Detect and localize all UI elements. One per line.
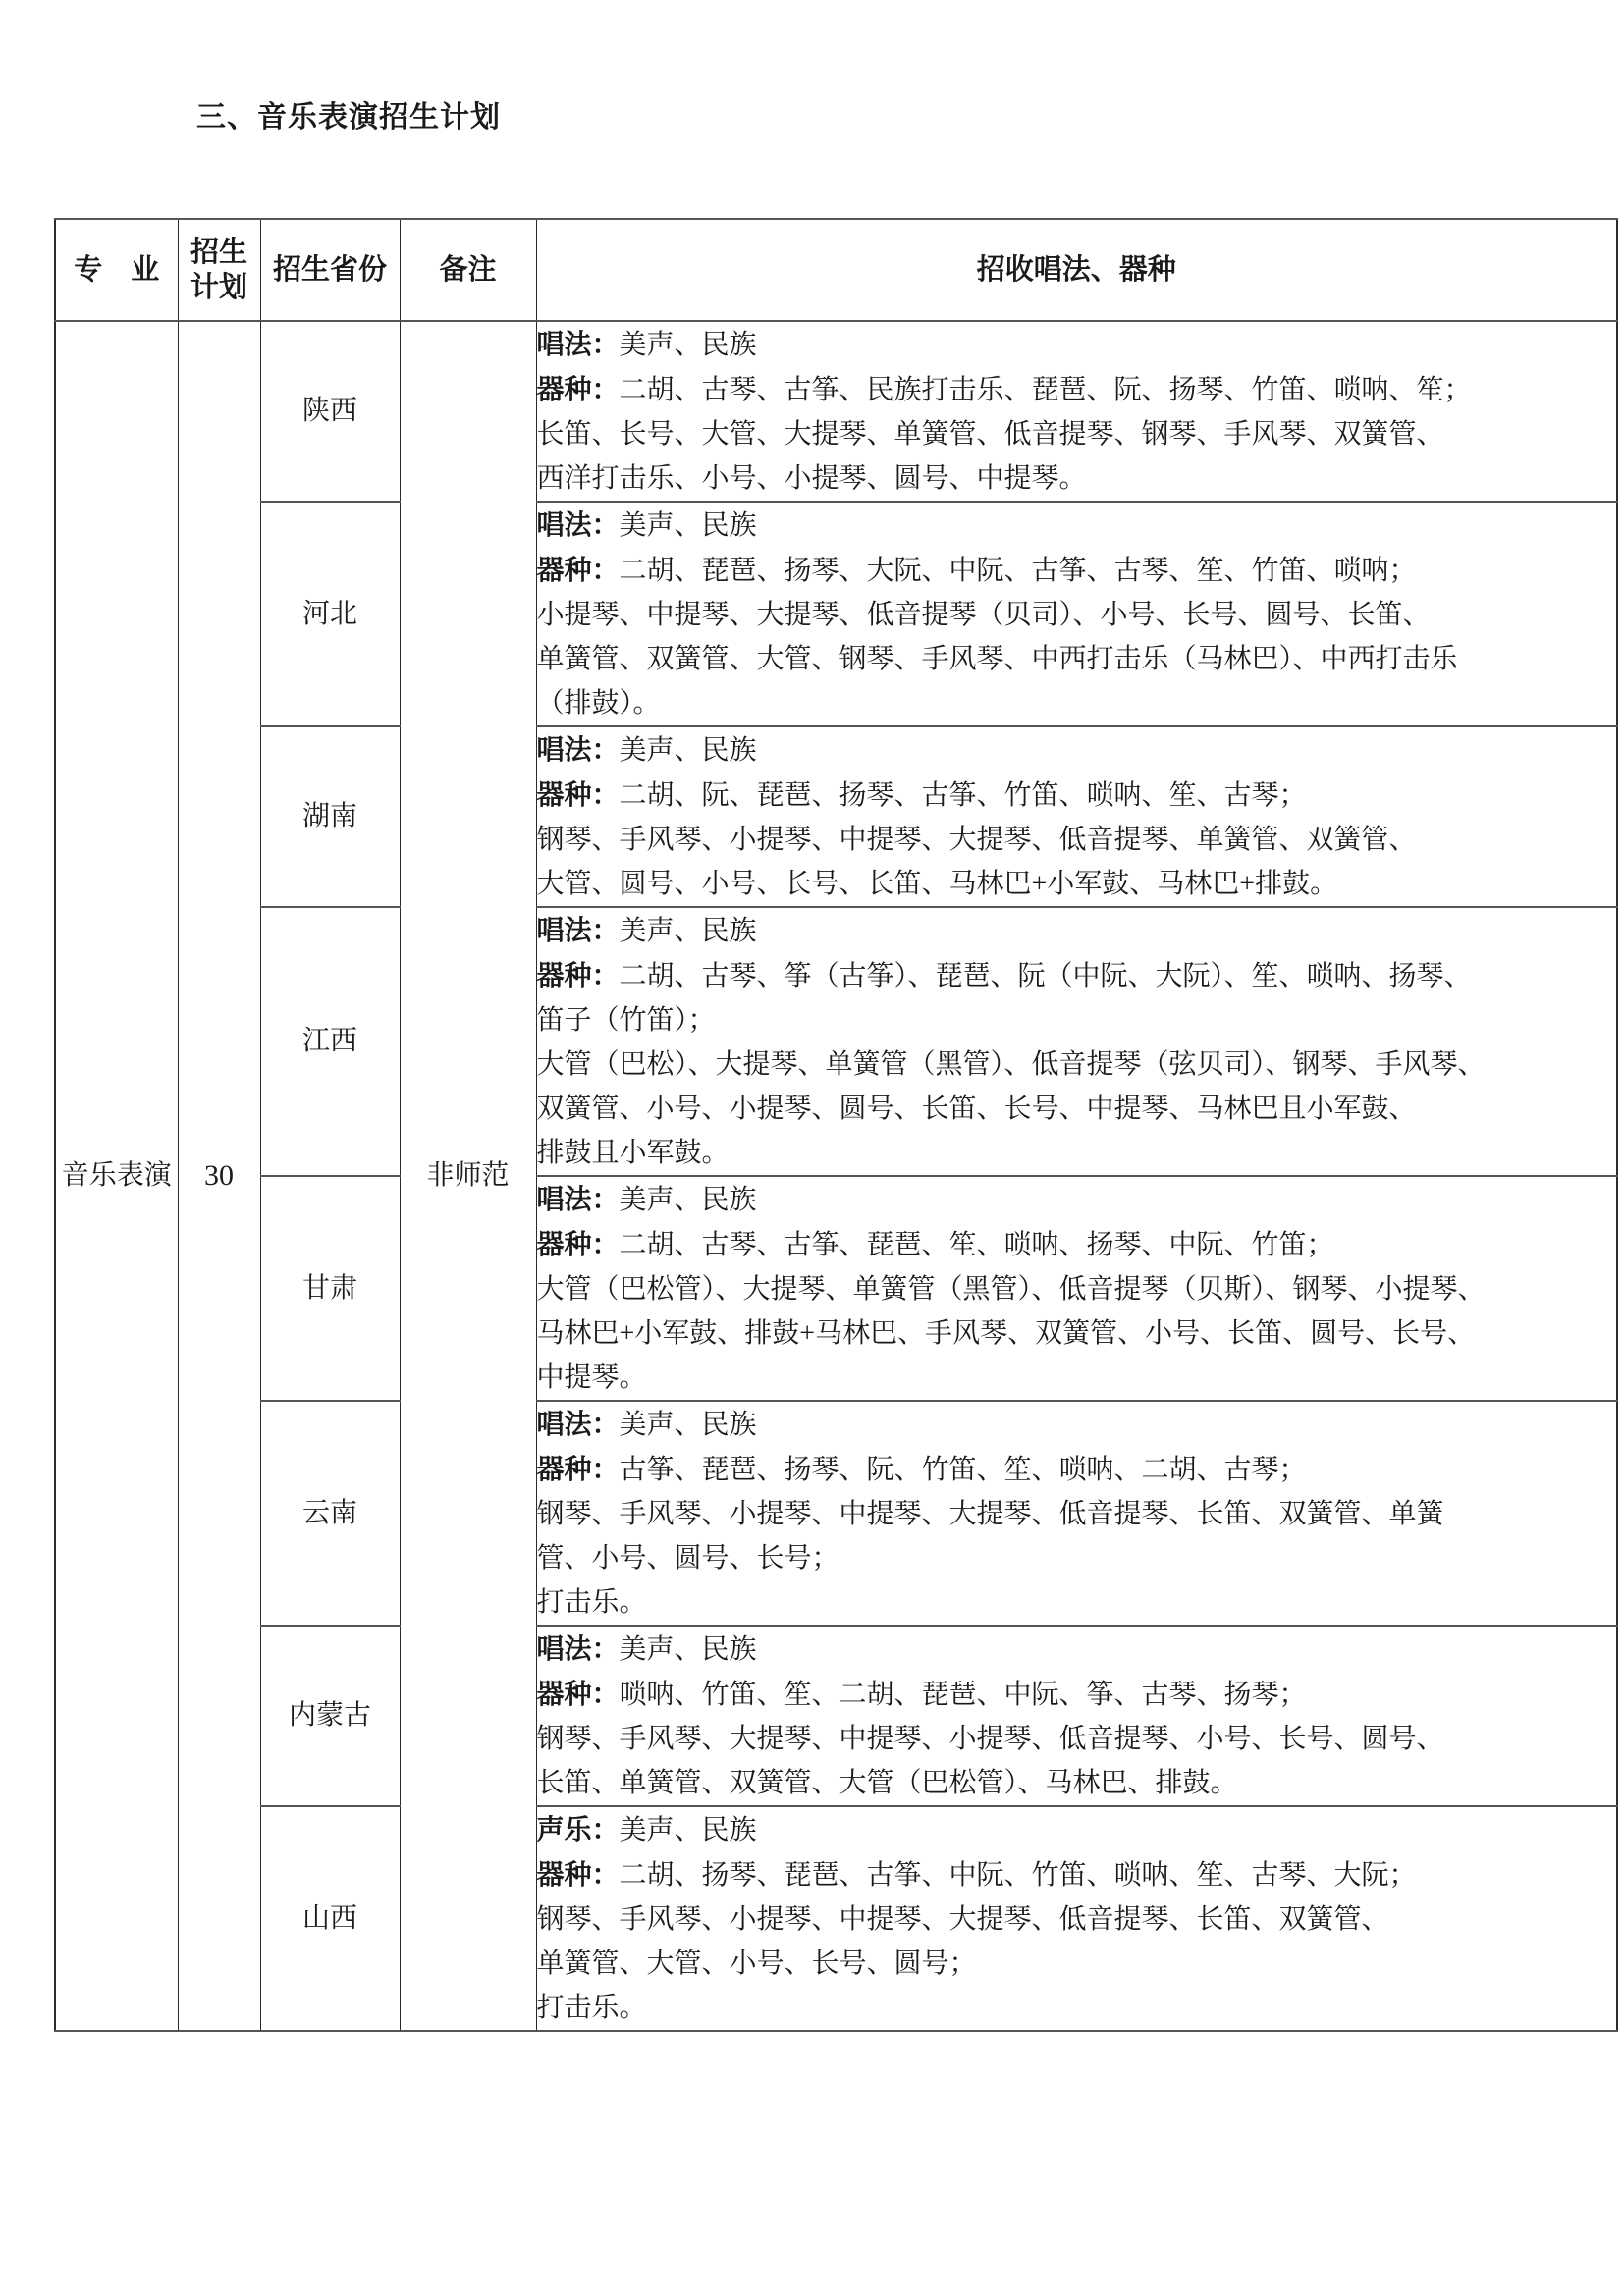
line-text: 大管、圆号、小号、长号、长笛、马林巴+小军鼓、马林巴+排鼓。 bbox=[537, 869, 1338, 899]
province-cell: 湖南 bbox=[260, 726, 400, 907]
content-line: 西洋打击乐、小号、小提琴、圆号、中提琴。 bbox=[537, 456, 1617, 501]
line-label: 器种： bbox=[537, 960, 620, 990]
content-line: 单簧管、双簧管、大管、钢琴、手风琴、中西打击乐（马林巴）、中西打击乐 bbox=[537, 637, 1617, 681]
content-line: 单簧管、大管、小号、长号、圆号； bbox=[537, 1942, 1617, 1986]
plan-cell: 30 bbox=[178, 321, 260, 2031]
remark-cell: 非师范 bbox=[400, 321, 536, 2031]
line-label: 唱法： bbox=[537, 915, 620, 945]
line-text: 美声、民族 bbox=[620, 1634, 757, 1665]
line-label: 器种： bbox=[537, 779, 620, 810]
header-major: 专 业 bbox=[55, 219, 178, 321]
content-line: 钢琴、手风琴、小提琴、中提琴、大提琴、低音提琴、单簧管、双簧管、 bbox=[537, 818, 1617, 862]
line-text: 笛子（竹笛）； bbox=[537, 1005, 716, 1036]
content-line: 大管（巴松管）、大提琴、单簧管（黑管）、低音提琴（贝斯）、钢琴、小提琴、 bbox=[537, 1267, 1617, 1311]
province-cell: 云南 bbox=[260, 1401, 400, 1626]
content-line: 大管、圆号、小号、长号、长笛、马林巴+小军鼓、马林巴+排鼓。 bbox=[537, 862, 1617, 906]
line-text: （排鼓）。 bbox=[537, 688, 661, 719]
line-text: 大管（巴松）、大提琴、单簧管（黑管）、低音提琴（弦贝司）、钢琴、手风琴、 bbox=[537, 1049, 1486, 1080]
content-line: 唱法：美声、民族 bbox=[537, 908, 1617, 953]
table-row: 甘肃唱法：美声、民族器种：二胡、古琴、古筝、琵琶、笙、唢呐、扬琴、中阮、竹笛；大… bbox=[55, 1176, 1617, 1401]
line-label: 器种： bbox=[537, 1454, 620, 1484]
line-label: 唱法： bbox=[537, 734, 620, 765]
province-cell: 河北 bbox=[260, 502, 400, 726]
line-label: 唱法： bbox=[537, 1409, 620, 1439]
province-cell: 山西 bbox=[260, 1806, 400, 2031]
document-page: 三、音乐表演招生计划 专 业 招生计划 招生省份 备注 招收唱法、器种 音乐表演… bbox=[0, 0, 1624, 2296]
table-row: 内蒙古唱法：美声、民族器种：唢呐、竹笛、笙、二胡、琵琶、中阮、筝、古琴、扬琴；钢… bbox=[55, 1626, 1617, 1806]
content-line: 打击乐。 bbox=[537, 1986, 1617, 2030]
line-label: 器种： bbox=[537, 1229, 620, 1259]
line-label: 器种： bbox=[537, 1859, 620, 1890]
content-line: 笛子（竹笛）； bbox=[537, 998, 1617, 1042]
line-text: 古筝、琵琶、扬琴、阮、竹笛、笙、唢呐、二胡、古琴； bbox=[620, 1455, 1307, 1485]
line-text: 打击乐。 bbox=[537, 1587, 647, 1618]
content-cell: 唱法：美声、民族器种：唢呐、竹笛、笙、二胡、琵琶、中阮、筝、古琴、扬琴；钢琴、手… bbox=[536, 1626, 1617, 1806]
header-row: 专 业 招生计划 招生省份 备注 招收唱法、器种 bbox=[55, 219, 1617, 321]
line-text: 二胡、古琴、古筝、琵琶、笙、唢呐、扬琴、中阮、竹笛； bbox=[620, 1230, 1334, 1260]
major-cell: 音乐表演 bbox=[55, 321, 178, 2031]
content-line: 唱法：美声、民族 bbox=[537, 1402, 1617, 1447]
line-text: 西洋打击乐、小号、小提琴、圆号、中提琴。 bbox=[537, 463, 1087, 494]
content-cell: 唱法：美声、民族器种：二胡、古琴、古筝、琵琶、笙、唢呐、扬琴、中阮、竹笛；大管（… bbox=[536, 1176, 1617, 1401]
content-line: 中提琴。 bbox=[537, 1356, 1617, 1400]
line-text: 中提琴。 bbox=[537, 1362, 647, 1393]
content-cell: 唱法：美声、民族器种：二胡、古琴、古筝、民族打击乐、琵琶、阮、扬琴、竹笛、唢呐、… bbox=[536, 321, 1617, 502]
province-cell: 甘肃 bbox=[260, 1176, 400, 1401]
content-line: 声乐：美声、民族 bbox=[537, 1807, 1617, 1852]
content-line: 唱法：美声、民族 bbox=[537, 1627, 1617, 1672]
content-line: 器种：二胡、古琴、筝（古筝）、琵琶、阮（中阮、大阮）、笙、唢呐、扬琴、 bbox=[537, 953, 1617, 998]
content-cell: 唱法：美声、民族器种：二胡、阮、琵琶、扬琴、古筝、竹笛、唢呐、笙、古琴；钢琴、手… bbox=[536, 726, 1617, 907]
line-text: 打击乐。 bbox=[537, 1993, 647, 2023]
content-line: 唱法：美声、民族 bbox=[537, 322, 1617, 367]
content-line: 钢琴、手风琴、小提琴、中提琴、大提琴、低音提琴、长笛、双簧管、 bbox=[537, 1897, 1617, 1942]
line-text: 二胡、阮、琵琶、扬琴、古筝、竹笛、唢呐、笙、古琴； bbox=[620, 780, 1307, 811]
line-label: 唱法： bbox=[537, 329, 620, 359]
line-label: 器种： bbox=[537, 374, 620, 404]
line-text: 钢琴、手风琴、大提琴、中提琴、小提琴、低音提琴、小号、长号、圆号、 bbox=[537, 1724, 1444, 1754]
content-line: 马林巴+小军鼓、排鼓+马林巴、手风琴、双簧管、小号、长笛、圆号、长号、 bbox=[537, 1311, 1617, 1356]
line-label: 器种： bbox=[537, 1679, 620, 1709]
table-row: 音乐表演30陕西非师范唱法：美声、民族器种：二胡、古琴、古筝、民族打击乐、琵琶、… bbox=[55, 321, 1617, 502]
line-text: 美声、民族 bbox=[620, 330, 757, 360]
content-line: 长笛、单簧管、双簧管、大管（巴松管）、马林巴、排鼓。 bbox=[537, 1761, 1617, 1805]
content-line: 器种：唢呐、竹笛、笙、二胡、琵琶、中阮、筝、古琴、扬琴； bbox=[537, 1672, 1617, 1717]
content-line: 唱法：美声、民族 bbox=[537, 727, 1617, 773]
line-label: 唱法： bbox=[537, 1184, 620, 1214]
content-line: 长笛、长号、大管、大提琴、单簧管、低音提琴、钢琴、手风琴、双簧管、 bbox=[537, 412, 1617, 456]
line-text: 美声、民族 bbox=[620, 1815, 757, 1845]
line-label: 唱法： bbox=[537, 1633, 620, 1664]
line-text: 美声、民族 bbox=[620, 510, 757, 541]
table-row: 湖南唱法：美声、民族器种：二胡、阮、琵琶、扬琴、古筝、竹笛、唢呐、笙、古琴；钢琴… bbox=[55, 726, 1617, 907]
content-line: 大管（巴松）、大提琴、单簧管（黑管）、低音提琴（弦贝司）、钢琴、手风琴、 bbox=[537, 1042, 1617, 1087]
line-text: 唢呐、竹笛、笙、二胡、琵琶、中阮、筝、古琴、扬琴； bbox=[620, 1680, 1307, 1710]
content-line: 唱法：美声、民族 bbox=[537, 1177, 1617, 1222]
content-line: （排鼓）。 bbox=[537, 681, 1617, 725]
line-text: 小提琴、中提琴、大提琴、低音提琴（贝司）、小号、长号、圆号、长笛、 bbox=[537, 600, 1431, 630]
content-line: 双簧管、小号、小提琴、圆号、长笛、长号、中提琴、马林巴且小军鼓、 bbox=[537, 1087, 1617, 1131]
content-cell: 声乐：美声、民族器种：二胡、扬琴、琵琶、古筝、中阮、竹笛、唢呐、笙、古琴、大阮；… bbox=[536, 1806, 1617, 2031]
line-text: 排鼓且小军鼓。 bbox=[537, 1138, 730, 1168]
line-text: 美声、民族 bbox=[620, 916, 757, 946]
table-row: 山西声乐：美声、民族器种：二胡、扬琴、琵琶、古筝、中阮、竹笛、唢呐、笙、古琴、大… bbox=[55, 1806, 1617, 2031]
line-text: 二胡、琵琶、扬琴、大阮、中阮、古筝、古琴、笙、竹笛、唢呐； bbox=[620, 556, 1417, 586]
header-remark: 备注 bbox=[400, 219, 536, 321]
line-text: 钢琴、手风琴、小提琴、中提琴、大提琴、低音提琴、单簧管、双簧管、 bbox=[537, 825, 1417, 855]
content-cell: 唱法：美声、民族器种：古筝、琵琶、扬琴、阮、竹笛、笙、唢呐、二胡、古琴；钢琴、手… bbox=[536, 1401, 1617, 1626]
table-row: 云南唱法：美声、民族器种：古筝、琵琶、扬琴、阮、竹笛、笙、唢呐、二胡、古琴；钢琴… bbox=[55, 1401, 1617, 1626]
line-text: 二胡、扬琴、琵琶、古筝、中阮、竹笛、唢呐、笙、古琴、大阮； bbox=[620, 1860, 1417, 1891]
content-line: 器种：二胡、阮、琵琶、扬琴、古筝、竹笛、唢呐、笙、古琴； bbox=[537, 773, 1617, 818]
line-text: 管、小号、圆号、长号； bbox=[537, 1543, 839, 1574]
line-text: 长笛、长号、大管、大提琴、单簧管、低音提琴、钢琴、手风琴、双簧管、 bbox=[537, 419, 1444, 450]
header-province: 招生省份 bbox=[260, 219, 400, 321]
content-line: 器种：二胡、琵琶、扬琴、大阮、中阮、古筝、古琴、笙、竹笛、唢呐； bbox=[537, 548, 1617, 593]
section-title: 三、音乐表演招生计划 bbox=[196, 98, 501, 137]
line-text: 钢琴、手风琴、小提琴、中提琴、大提琴、低音提琴、长笛、双簧管、 bbox=[537, 1904, 1389, 1935]
line-text: 二胡、古琴、筝（古筝）、琵琶、阮（中阮、大阮）、笙、唢呐、扬琴、 bbox=[620, 961, 1472, 991]
content-line: 管、小号、圆号、长号； bbox=[537, 1536, 1617, 1580]
line-text: 单簧管、大管、小号、长号、圆号； bbox=[537, 1949, 977, 1979]
header-plan: 招生计划 bbox=[178, 219, 260, 321]
content-line: 器种：二胡、扬琴、琵琶、古筝、中阮、竹笛、唢呐、笙、古琴、大阮； bbox=[537, 1852, 1617, 1897]
content-line: 小提琴、中提琴、大提琴、低音提琴（贝司）、小号、长号、圆号、长笛、 bbox=[537, 593, 1617, 637]
line-text: 美声、民族 bbox=[620, 1185, 757, 1215]
line-text: 美声、民族 bbox=[620, 735, 757, 766]
province-cell: 陕西 bbox=[260, 321, 400, 502]
content-line: 器种：二胡、古琴、古筝、民族打击乐、琵琶、阮、扬琴、竹笛、唢呐、笙； bbox=[537, 367, 1617, 412]
content-line: 钢琴、手风琴、大提琴、中提琴、小提琴、低音提琴、小号、长号、圆号、 bbox=[537, 1717, 1617, 1761]
line-text: 长笛、单簧管、双簧管、大管（巴松管）、马林巴、排鼓。 bbox=[537, 1768, 1238, 1798]
province-cell: 江西 bbox=[260, 907, 400, 1176]
content-line: 器种：古筝、琵琶、扬琴、阮、竹笛、笙、唢呐、二胡、古琴； bbox=[537, 1447, 1617, 1492]
content-line: 打击乐。 bbox=[537, 1580, 1617, 1625]
content-line: 唱法：美声、民族 bbox=[537, 503, 1617, 548]
line-text: 单簧管、双簧管、大管、钢琴、手风琴、中西打击乐（马林巴）、中西打击乐 bbox=[537, 644, 1458, 674]
table-row: 河北唱法：美声、民族器种：二胡、琵琶、扬琴、大阮、中阮、古筝、古琴、笙、竹笛、唢… bbox=[55, 502, 1617, 726]
table-row: 江西唱法：美声、民族器种：二胡、古琴、筝（古筝）、琵琶、阮（中阮、大阮）、笙、唢… bbox=[55, 907, 1617, 1176]
table-body: 音乐表演30陕西非师范唱法：美声、民族器种：二胡、古琴、古筝、民族打击乐、琵琶、… bbox=[55, 321, 1617, 2031]
line-label: 声乐： bbox=[537, 1814, 620, 1844]
content-line: 排鼓且小军鼓。 bbox=[537, 1131, 1617, 1175]
line-text: 双簧管、小号、小提琴、圆号、长笛、长号、中提琴、马林巴且小军鼓、 bbox=[537, 1094, 1417, 1124]
header-content: 招收唱法、器种 bbox=[536, 219, 1617, 321]
content-line: 钢琴、手风琴、小提琴、中提琴、大提琴、低音提琴、长笛、双簧管、单簧 bbox=[537, 1492, 1617, 1536]
content-cell: 唱法：美声、民族器种：二胡、古琴、筝（古筝）、琵琶、阮（中阮、大阮）、笙、唢呐、… bbox=[536, 907, 1617, 1176]
line-text: 美声、民族 bbox=[620, 1410, 757, 1440]
line-text: 大管（巴松管）、大提琴、单簧管（黑管）、低音提琴（贝斯）、钢琴、小提琴、 bbox=[537, 1274, 1486, 1305]
line-text: 二胡、古琴、古筝、民族打击乐、琵琶、阮、扬琴、竹笛、唢呐、笙； bbox=[620, 375, 1472, 405]
enrollment-table: 专 业 招生计划 招生省份 备注 招收唱法、器种 音乐表演30陕西非师范唱法：美… bbox=[54, 218, 1618, 2032]
line-label: 唱法： bbox=[537, 509, 620, 540]
line-label: 器种： bbox=[537, 555, 620, 585]
content-cell: 唱法：美声、民族器种：二胡、琵琶、扬琴、大阮、中阮、古筝、古琴、笙、竹笛、唢呐；… bbox=[536, 502, 1617, 726]
line-text: 马林巴+小军鼓、排鼓+马林巴、手风琴、双簧管、小号、长笛、圆号、长号、 bbox=[537, 1318, 1476, 1349]
province-cell: 内蒙古 bbox=[260, 1626, 400, 1806]
line-text: 钢琴、手风琴、小提琴、中提琴、大提琴、低音提琴、长笛、双簧管、单簧 bbox=[537, 1499, 1444, 1529]
content-line: 器种：二胡、古琴、古筝、琵琶、笙、唢呐、扬琴、中阮、竹笛； bbox=[537, 1222, 1617, 1267]
